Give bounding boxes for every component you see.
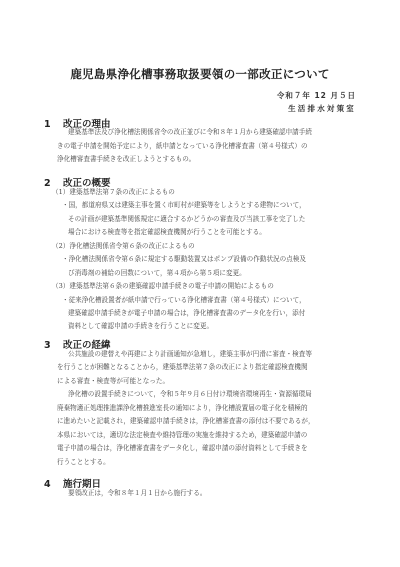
subsection-label: （2）浄化槽法関係省令第６条の改正によるもの bbox=[52, 240, 195, 254]
list-item-line: 建築確認申請手続きが電子申請の場合は，浄化槽審査書のデータ化を行い，添付 bbox=[68, 307, 305, 321]
paragraph-line: 行うこととする。 bbox=[57, 456, 110, 470]
section-number: 4 bbox=[44, 479, 63, 490]
list-item-line: ・従来浄化槽設置者が紙申請で行っている浄化槽審査書（第４号様式）について， bbox=[62, 294, 306, 308]
issuing-department: 生活排水対策室 bbox=[288, 103, 356, 114]
paragraph-line: 建築基準法及び浄化槽法関係省令の改正並びに令和８年１月から建築確認申請手続 bbox=[68, 126, 312, 140]
list-item-line: その計画が建築基準関係規定に適合するかどうかの審査及び当該工事を完了した bbox=[68, 213, 305, 227]
paragraph-line: による審査・検査等が可能となった。 bbox=[57, 375, 169, 389]
paragraph-line: を行うことが困難となることから，建築基準法第７条の改正により指定確認検査機関 bbox=[57, 361, 308, 375]
paragraph-line: 要領改正は，令和８年１月１日から施行する。 bbox=[68, 487, 206, 501]
document-date: 令和７年 12 月５日 bbox=[277, 90, 356, 101]
paragraph-line: 浄化槽審査書手続きを改正しようとするもの。 bbox=[57, 153, 195, 167]
paragraph-line: きの電子申請を開始予定により，紙申請となっている浄化槽審査書（第４号様式）の bbox=[57, 140, 308, 154]
paragraph-line: 公共施設の建替えや再建により計画通知が急増し，建築主事が円滑に審査・検査等 bbox=[68, 348, 312, 362]
paragraph-line: 電子申請の場合は，浄化槽審査書をデータ化し，確認申請の添付資料として手続きを bbox=[57, 442, 308, 456]
document-title: 鹿児島県浄化槽事務取扱要領の一部改正について bbox=[0, 66, 400, 82]
list-item-line: 場合における検査等を指定確認検査機関が行うことを可能とする。 bbox=[68, 226, 266, 240]
section-number: 3 bbox=[44, 340, 63, 351]
section-number: 1 bbox=[44, 119, 63, 130]
list-item-line: 資料として確認申請の手続きを行うことに変更。 bbox=[68, 320, 213, 334]
paragraph-line: 浄化槽の設置手続きについて，令和５年９月６日付け環境省環境再生・資源循環局 bbox=[68, 388, 312, 402]
paragraph-line: に進めたいと記載され，建築確認申請手続きは，浄化槽審査書の添付は不要であるが， bbox=[57, 415, 315, 429]
list-item-line: び消毒剤の補給の回数について，第４項から第５項に変更。 bbox=[68, 267, 246, 281]
subsection-label: （1）建築基準法第７条の改正によるもの bbox=[52, 186, 175, 200]
document-page: 鹿児島県浄化槽事務取扱要領の一部改正について 令和７年 12 月５日 生活排水対… bbox=[0, 0, 400, 567]
paragraph-line: 廃棄物適正処理推進課浄化槽推進室長の通知により，浄化槽設置届の電子化を積極的 bbox=[57, 402, 308, 416]
subsection-label: （3）建築基準法第６条の建築確認申請手続きの電子申請の開始によるもの bbox=[52, 280, 274, 294]
list-item-line: ・浄化槽法関係省令第６条に規定する駆動装置又はポンプ設備の作動状況の点検及 bbox=[62, 253, 306, 267]
list-item-line: ・国，都道府県又は建築主事を置く市町村が建築等をしようとする建物について， bbox=[62, 199, 306, 213]
paragraph-line: 本県においては，適切な法定検査や維持管理の実施を維持するため，建築確認申請の bbox=[57, 429, 307, 443]
